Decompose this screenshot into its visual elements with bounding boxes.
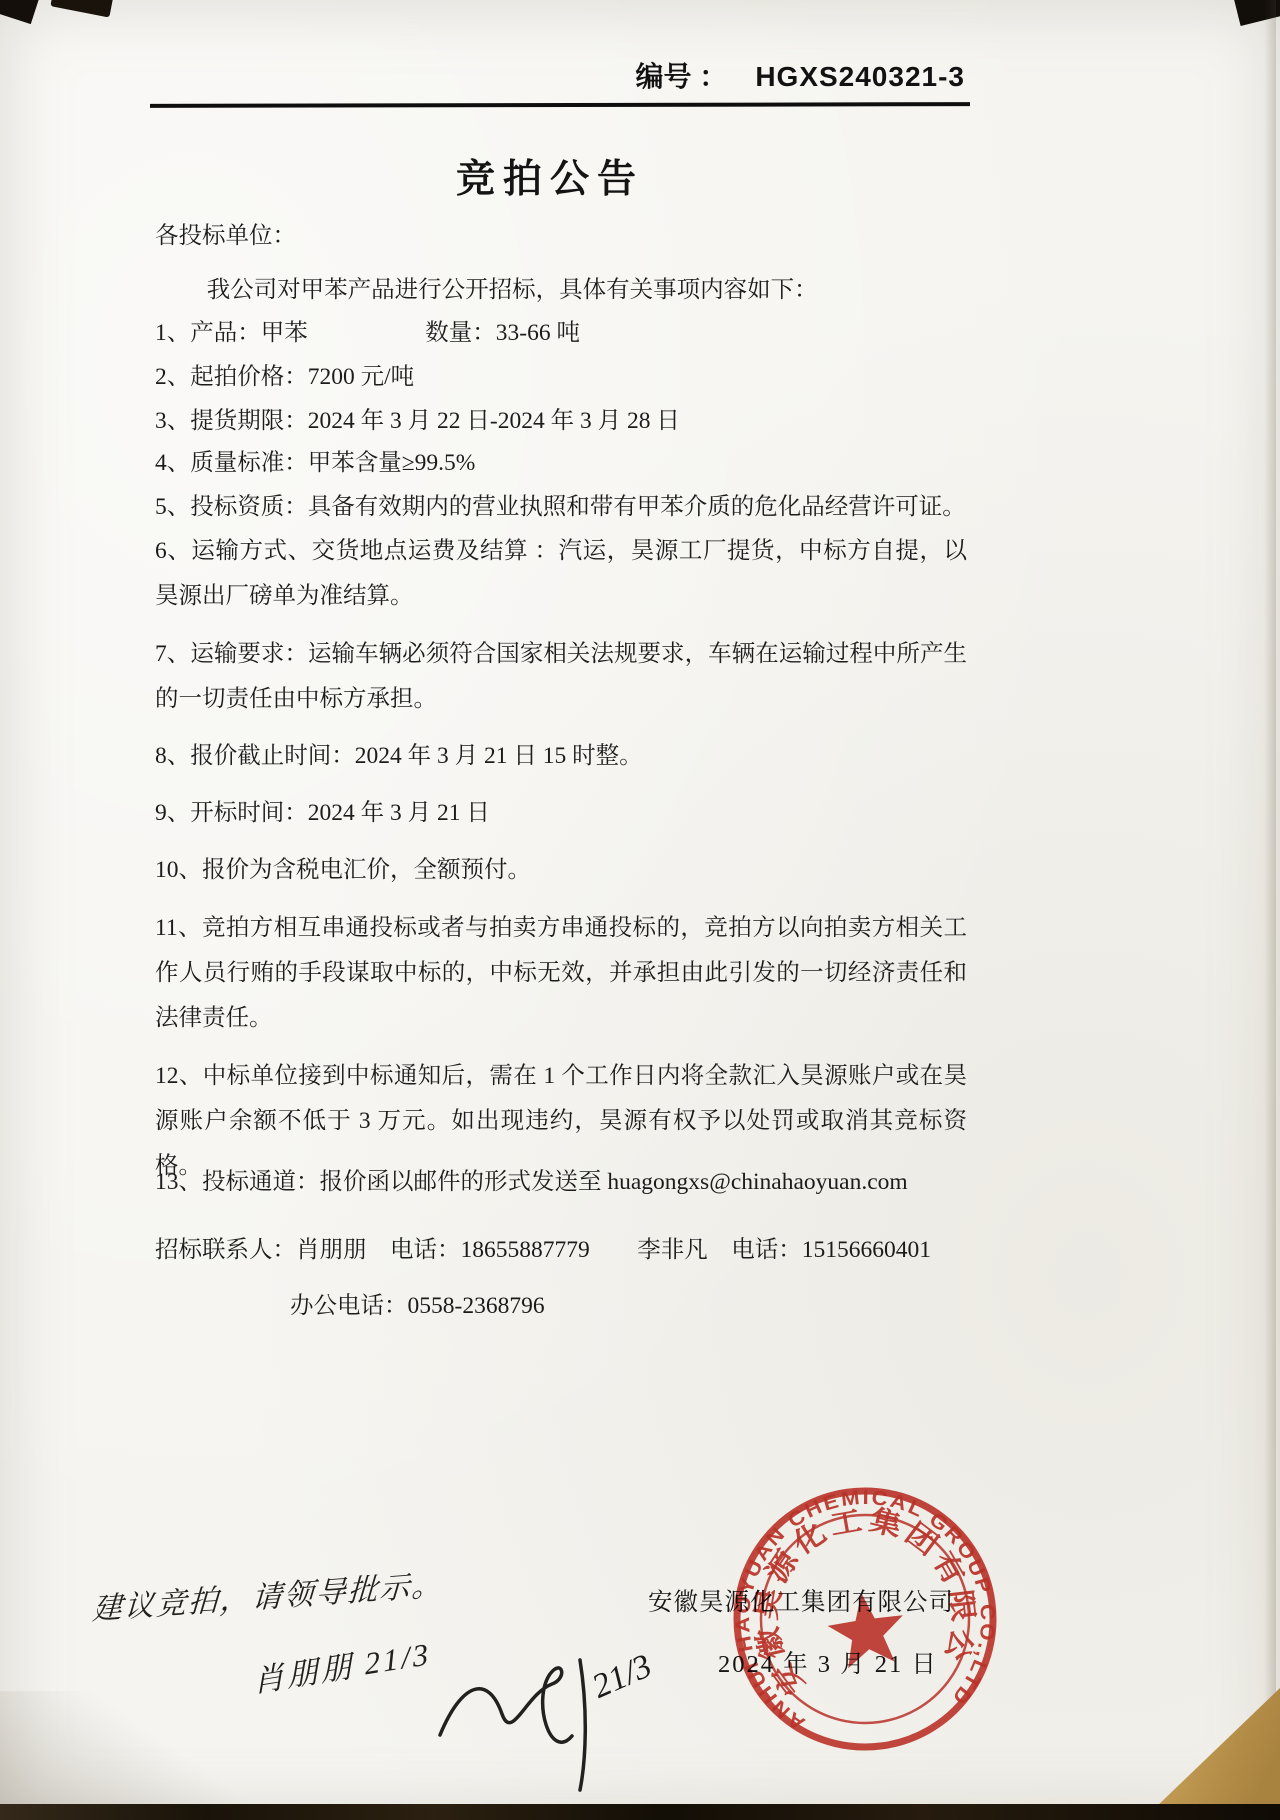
contact-secondary: 李非凡 电话：15156660401 [637,1230,931,1264]
bottom-scan-strip [0,1804,1280,1820]
notice-item-3: 3、提货期限：2024 年 3 月 22 日-2024 年 3 月 28 日 [155,399,967,444]
scan-artifact-top-left-b [50,0,113,18]
scanned-document-page: 编号 ： HGXS240321-3 竞拍公告 各投标单位： 我公司对甲苯产品进行… [0,0,1280,1820]
notice-item-10: 10、报价为含税电汇价，全额预付。 [155,848,967,893]
doc-number-label: 编号 ： [636,55,728,95]
notice-item-5: 5、投标资质：具备有效期内的营业执照和带有甲苯介质的危化品经营许可证。 [155,485,967,530]
stamp-star [824,1588,909,1670]
notice-item-2: 2、起拍价格：7200 元/吨 [155,355,967,400]
notice-item-7: 7、运输要求：运输车辆必须符合国家相关法规要求，车辆在运输过程中所产生的一切责任… [155,632,967,722]
notice-item-6: 6、运输方式、交货地点运费及结算 ：汽运，昊源工厂提货，中标方自提，以昊源出厂磅… [155,529,967,619]
scan-edge-shadow-right [1264,0,1276,1820]
notice-item-8: 8、报价截止时间：2024 年 3 月 21 日 15 时整。 [155,734,967,779]
doc-number: 编号 ： HGXS240321-3 [636,55,965,95]
notice-item-4: 4、质量标准：甲苯含量≥99.5% [155,441,967,486]
contacts-line: 招标联系人：肖朋朋 电话：18655887779 李非凡 电话：15156660… [155,1230,967,1264]
handwritten-signature-2: 21/3 [430,1640,680,1820]
office-phone: 办公电话：0558-2368796 [290,1286,790,1320]
notice-item-11: 11、竞拍方相互串通投标或者与拍卖方串通投标的，竞拍方以向拍卖方相关工作人员行贿… [155,906,967,1041]
handwritten-signature-1: 肖朋朋 21/3 [252,1628,433,1701]
notice-item-9: 9、开标时间：2024 年 3 月 21 日 [155,791,967,836]
page-title: 竞拍公告 [155,148,945,204]
notice-item-13: 13、投标通道：报价函以邮件的形式发送至 huagongxs@chinahaoy… [155,1160,967,1205]
notice-item-1: 1、产品：甲苯 数量：33-66 吨 [155,311,967,356]
header-rule [150,102,970,108]
table-corner-bottom-right [1155,1688,1280,1808]
salutation: 各投标单位： [155,214,967,259]
intro-paragraph: 我公司对甲苯产品进行公开招标，具体有关事项内容如下： [155,268,967,313]
scan-artifact-top-left-a [0,0,39,24]
company-stamp: ANHUI HAOYUAN CHEMICAL GROUP CO.,LTD. 安徽… [705,1459,1026,1780]
handwritten-note: 建议竞拍，请领导批示。 [91,1560,444,1629]
contact-primary: 招标联系人：肖朋朋 电话：18655887779 [155,1230,590,1264]
scan-shadow-bottom-left [0,1691,250,1806]
doc-number-value: HGXS240321-3 [755,61,965,93]
